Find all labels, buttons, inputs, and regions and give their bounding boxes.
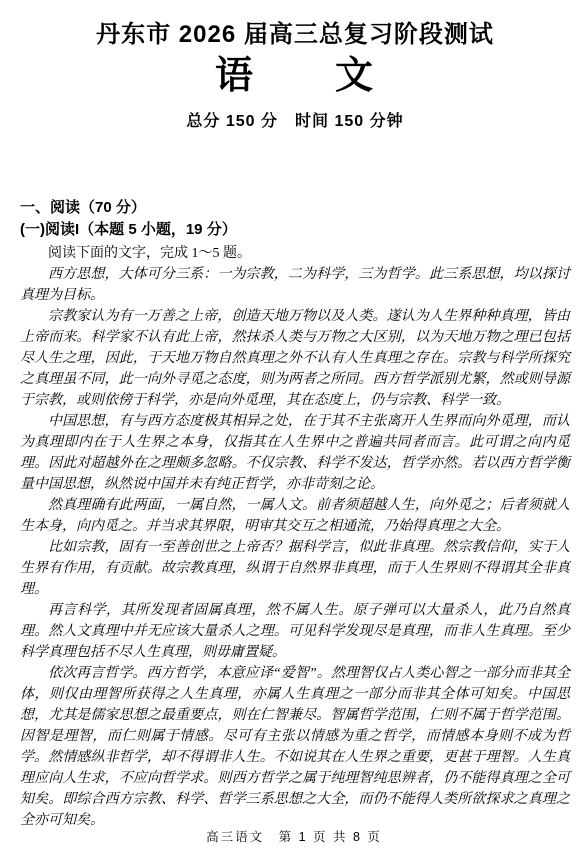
page-footer: 高三语文 第 1 页 共 8 页: [0, 827, 588, 845]
reading-passage: 西方思想，大体可分三系：一为宗教，二为科学，三为哲学。此三系思想，均以探讨真理为…: [20, 264, 570, 831]
reading-instruction: 阅读下面的文字，完成 1～5 题。: [20, 243, 570, 264]
exam-score-time-info: 总分 150 分 时间 150 分钟: [20, 108, 570, 131]
passage-paragraph: 西方思想，大体可分三系：一为宗教，二为科学，三为哲学。此三系思想，均以探讨真理为…: [20, 264, 570, 306]
exam-paper-page: 丹东市 2026 届高三总复习阶段测试 语 文 总分 150 分 时间 150 …: [0, 0, 588, 859]
exam-body: 一、阅读（70 分） (一)阅读I（本题 5 小题，19 分） 阅读下面的文字，…: [20, 197, 570, 831]
exam-header: 丹东市 2026 届高三总复习阶段测试 语 文 总分 150 分 时间 150 …: [20, 20, 570, 131]
exam-title: 丹东市 2026 届高三总复习阶段测试: [20, 20, 570, 50]
passage-paragraph: 中国思想，有与西方态度极其相异之处，在于其不主张离开人生界而向外觅理，而认为真理…: [20, 411, 570, 495]
subsection-heading-reading-1: (一)阅读I（本题 5 小题，19 分）: [20, 219, 570, 241]
section-heading-reading: 一、阅读（70 分）: [20, 197, 570, 219]
exam-subject-title: 语 文: [20, 54, 570, 98]
passage-paragraph: 然真理确有此两面，一属自然，一属人文。前者须超越人生，向外觅之；后者须就人生本身…: [20, 495, 570, 537]
passage-paragraph: 比如宗教，固有一至善创世之上帝否？据科学言，似此非真理。然宗教信仰，实于人生界有…: [20, 537, 570, 600]
passage-paragraph: 宗教家认为有一万善之上帝，创造天地万物以及人类。遂认为人生界种种真理，皆由上帝而…: [20, 306, 570, 411]
passage-paragraph: 依次再言哲学。西方哲学，本意应译“爱智”。然理智仅占人类心智之一部分而非其全体，…: [20, 663, 570, 831]
passage-paragraph: 再言科学，其所发现者固属真理，然不属人生。原子弹可以大量杀人，此乃自然真理。然人…: [20, 600, 570, 663]
